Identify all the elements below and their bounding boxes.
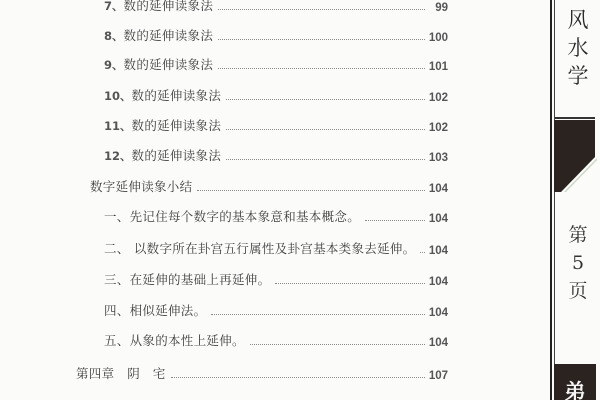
toc-entry-page: 104 — [428, 183, 448, 195]
toc-entry-title: 三、在延伸的基础上再延伸。 — [104, 270, 272, 288]
tab-top-line — [555, 117, 595, 119]
toc-entry-page: 104 — [428, 276, 448, 288]
toc-entry[interactable]: 8、 数的延伸读象法 100 — [104, 26, 448, 44]
toc-entry-page: 104 — [428, 337, 448, 349]
dark-tab-marker — [551, 117, 593, 187]
toc-entry-number: 8、 — [104, 28, 124, 44]
border-line — [554, 0, 555, 400]
toc-entry-page: 104 — [428, 307, 448, 319]
toc-entry[interactable]: 12、 数的延伸读象法 103 — [104, 146, 448, 164]
dot-leader — [218, 68, 425, 69]
toc-entry-page: 104 — [428, 245, 448, 257]
toc-entry-title: 数的延伸读象法 — [124, 26, 216, 44]
toc-entry[interactable]: 7、 数的延伸读象法 99 — [104, 0, 448, 14]
dot-leader — [197, 190, 425, 191]
dot-leader — [420, 252, 425, 253]
page-label-char: 第 — [560, 221, 596, 249]
tab-shape-icon — [551, 120, 597, 192]
toc-entry[interactable]: 五、从象的本性上延伸。 104 — [104, 331, 448, 349]
toc-entry-title: 数的延伸读象法 — [124, 55, 216, 73]
toc-entry-number: 12、 — [104, 148, 132, 164]
book-side-tab: 风 水 学 第 5 页 弟 — [548, 0, 600, 400]
toc-entry[interactable]: 三、在延伸的基础上再延伸。 104 — [104, 270, 448, 288]
toc-entry-page: 107 — [428, 370, 448, 382]
toc-entry-number: 11、 — [104, 118, 132, 134]
toc-entry-number: 7、 — [104, 0, 124, 14]
toc-entry-title: 四、相似延伸法。 — [104, 301, 208, 319]
toc-entry-title: 数的延伸读象法 — [124, 0, 216, 14]
toc-entry[interactable]: 10、 数的延伸读象法 102 — [104, 86, 448, 104]
dot-leader — [218, 9, 425, 10]
book-title-char: 水 — [560, 34, 596, 62]
dot-leader — [218, 39, 425, 40]
book-title-char: 风 — [560, 6, 596, 34]
toc-entry[interactable]: 9、 数的延伸读象法 101 — [104, 55, 448, 73]
book-title-vertical: 风 水 学 — [560, 6, 596, 90]
bottom-tab-char: 弟 — [554, 376, 596, 400]
toc-entry-number: 9、 — [104, 57, 124, 73]
dot-leader — [171, 377, 425, 378]
toc-entry-title: 数的延伸读象法 — [132, 146, 224, 164]
toc-entry-number: 10、 — [104, 88, 132, 104]
page-label-digit: 5 — [560, 249, 596, 277]
toc-entry-title: 二、 以数字所在卦宫五行属性及卦宫基本类象去延伸。 — [104, 239, 417, 257]
toc-entry-title: 一、先记住每个数字的基本象意和基本概念。 — [104, 207, 362, 225]
toc-entry-page: 104 — [428, 213, 448, 225]
dot-leader — [275, 283, 425, 284]
toc-entry-page: 103 — [428, 152, 448, 164]
dot-leader — [226, 99, 425, 100]
toc-entry-page: 102 — [428, 122, 448, 134]
toc-entry-title: 第四章 阴 宅 — [76, 364, 168, 382]
border-line — [550, 0, 552, 400]
page-number-vertical: 第 5 页 — [560, 221, 596, 305]
toc-entry-title: 五、从象的本性上延伸。 — [104, 331, 247, 349]
bottom-dark-tab: 弟 — [554, 364, 596, 400]
page-label-char: 页 — [560, 277, 596, 305]
toc-entry-page: 99 — [428, 2, 448, 14]
dot-leader — [226, 129, 425, 130]
toc-entry-title: 数的延伸读象法 — [132, 116, 224, 134]
dot-leader — [211, 314, 425, 315]
toc-entry[interactable]: 四、相似延伸法。 104 — [104, 301, 448, 319]
toc-entry-title: 数的延伸读象法 — [132, 86, 224, 104]
toc-entry-page: 100 — [428, 32, 448, 44]
toc-entry-title: 数字延伸读象小结 — [90, 177, 194, 195]
dot-leader — [365, 220, 425, 221]
table-of-contents: 7、 数的延伸读象法 99 8、 数的延伸读象法 100 9、 数的延伸读象法 … — [0, 0, 530, 400]
toc-entry-chapter[interactable]: 第四章 阴 宅 107 — [76, 364, 448, 382]
book-title-char: 学 — [560, 62, 596, 90]
dot-leader — [226, 159, 425, 160]
toc-entry[interactable]: 二、 以数字所在卦宫五行属性及卦宫基本类象去延伸。 104 — [104, 239, 448, 257]
toc-entry-page: 101 — [428, 61, 448, 73]
toc-entry-page: 102 — [428, 92, 448, 104]
toc-entry[interactable]: 一、先记住每个数字的基本象意和基本概念。 104 — [104, 207, 448, 225]
toc-entry[interactable]: 11、 数的延伸读象法 102 — [104, 116, 448, 134]
dot-leader — [250, 344, 425, 345]
toc-entry[interactable]: 数字延伸读象小结 104 — [90, 177, 448, 195]
